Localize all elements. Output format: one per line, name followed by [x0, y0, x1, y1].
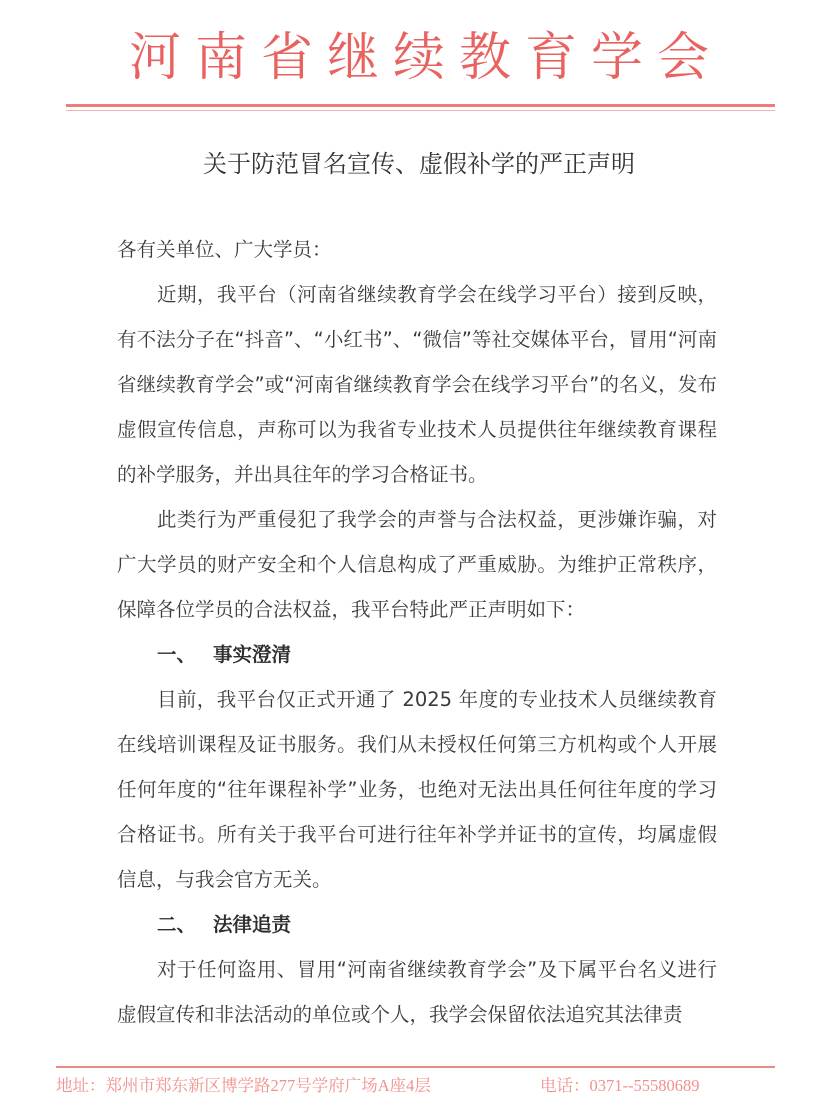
footer-rule: [56, 1066, 775, 1068]
letterhead-rule-thick: [66, 104, 775, 107]
paragraph-intro: 近期，我平台（河南省继续教育学会在线学习平台）接到反映，有不法分子在“抖音”、“…: [117, 272, 717, 497]
section-body-fact-clarification: 目前，我平台仅正式开通了 2025 年度的专业技术人员继续教育在线培训课程及证书…: [117, 677, 717, 902]
footer-address: 地址：郑州市郑东新区博学路277号学府广场A座4层: [56, 1074, 431, 1098]
document-title: 关于防范冒名宣传、虚假补学的严正声明: [0, 146, 838, 182]
section-heading-text: 事实澄清: [213, 643, 291, 666]
letterhead-organization-name: 河南省继续教育学会: [0, 28, 838, 88]
letterhead-rule-thin: [66, 110, 775, 111]
section-heading-legal-liability: 二、法律追责: [117, 902, 717, 947]
section-number: 二、: [157, 902, 213, 947]
footer-phone: 电话：0371--55580689: [540, 1074, 700, 1098]
section-number: 一、: [157, 632, 213, 677]
document-body: 各有关单位、广大学员： 近期，我平台（河南省继续教育学会在线学习平台）接到反映，…: [117, 227, 717, 1037]
section-body-legal-liability: 对于任何盗用、冒用“河南省继续教育学会”及下属平台名义进行虚假宣传和非法活动的单…: [117, 947, 717, 1037]
section-heading-text: 法律追责: [213, 913, 291, 936]
paragraph-impact: 此类行为严重侵犯了我学会的声誉与合法权益，更涉嫌诈骗，对广大学员的财产安全和个人…: [117, 497, 717, 632]
section-heading-fact-clarification: 一、事实澄清: [117, 632, 717, 677]
salutation: 各有关单位、广大学员：: [117, 227, 717, 272]
